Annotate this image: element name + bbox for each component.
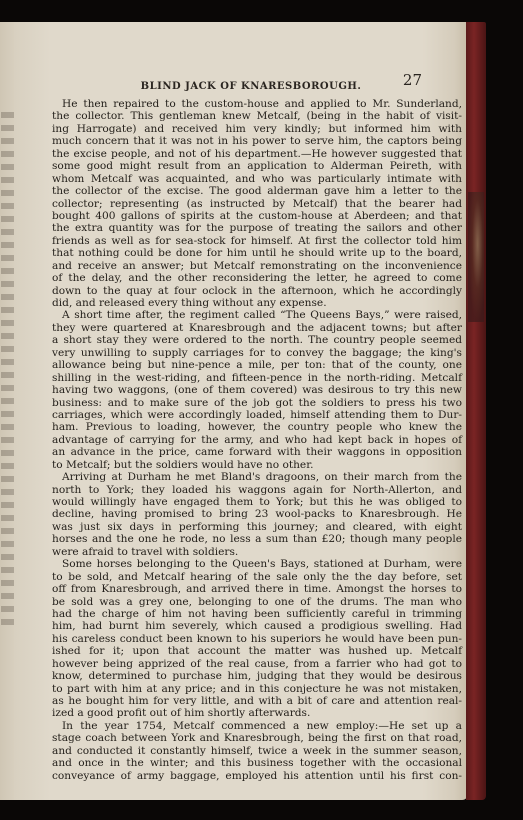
text-line: as he bought him for very little, and wi… bbox=[52, 695, 462, 707]
text-line: be sold was a grey one, belonging to one… bbox=[52, 596, 462, 608]
book-page: BLIND JACK OF KNARESBOROUGH. 27 He then … bbox=[14, 22, 468, 800]
text-line: shilling in the west-riding, and fifteen… bbox=[52, 372, 462, 384]
text-line: had the charge of him not having been su… bbox=[52, 608, 462, 620]
text-line: whom Metcalf was acquainted, and who was… bbox=[52, 173, 462, 185]
text-line: the collector of the excise. The good al… bbox=[52, 185, 462, 197]
text-line: advantage of carrying for the army, and … bbox=[52, 434, 462, 446]
text-line: horses and the one he rode, no less a su… bbox=[52, 533, 462, 545]
text-line: to be sold, and Metcalf hearing of the s… bbox=[52, 571, 462, 583]
text-line: his careless conduct been known to his s… bbox=[52, 633, 462, 645]
text-line: north to York; they loaded his waggons a… bbox=[52, 484, 462, 496]
text-line: much concern that it was not in his powe… bbox=[52, 135, 462, 147]
text-line: him, had burnt him severely, which cause… bbox=[52, 620, 462, 632]
text-line: however being apprized of the real cause… bbox=[52, 658, 462, 670]
running-head: BLIND JACK OF KNARESBOROUGH. bbox=[14, 74, 468, 93]
text-line: ized a good profit out of him shortly af… bbox=[52, 707, 462, 719]
text-line: collector; representing (as instructed b… bbox=[52, 198, 462, 210]
text-line: the excise people, and not of his depart… bbox=[52, 148, 462, 160]
page-number: 27 bbox=[403, 71, 422, 89]
text-line: to Metcalf; but the soldiers would have … bbox=[52, 459, 462, 471]
text-line: ished for it; upon that account the matt… bbox=[52, 645, 462, 657]
text-line: did, and released every thing without an… bbox=[52, 297, 462, 309]
text-line: that nothing could be done for him until… bbox=[52, 247, 462, 259]
text-line: and once in the winter; and this busines… bbox=[52, 757, 462, 769]
text-line: having two waggons, (one of them covered… bbox=[52, 384, 462, 396]
text-line: conveyance of army baggage, employed his… bbox=[52, 770, 462, 782]
text-line: and conducted it constantly himself, twi… bbox=[52, 745, 462, 757]
text-line: and receive an answer; but Metcalf remon… bbox=[52, 260, 462, 272]
text-line: decline, having promised to bring 23 woo… bbox=[52, 508, 462, 520]
text-line: they were quartered at Knaresbrough and … bbox=[52, 322, 462, 334]
text-line: an advance in the price, came forward wi… bbox=[52, 446, 462, 458]
text-line: some good might result from an applicati… bbox=[52, 160, 462, 172]
text-line: Some horses belonging to the Queen's Bay… bbox=[52, 558, 462, 570]
text-line: ham. Previous to loading, however, the c… bbox=[52, 421, 462, 433]
text-line: to part with him at any price; and in th… bbox=[52, 683, 462, 695]
text-line: friends as well as for sea-stock for him… bbox=[52, 235, 462, 247]
text-line: the collector. This gentleman knew Metca… bbox=[52, 110, 462, 122]
text-line: was just six days in performing this jou… bbox=[52, 521, 462, 533]
text-line: know, determined to purchase him, judgin… bbox=[52, 670, 462, 682]
book-binding bbox=[466, 22, 486, 800]
text-line: very unwilling to supply carriages for t… bbox=[52, 347, 462, 359]
text-line: bought 400 gallons of spirits at the cus… bbox=[52, 210, 462, 222]
text-line: A short time after, the regiment called … bbox=[52, 309, 462, 321]
text-line: carriages, which were accordingly loaded… bbox=[52, 409, 462, 421]
text-line: business: and to make sure of the job go… bbox=[52, 397, 462, 409]
text-line: ing Harrogate) and received him very kin… bbox=[52, 123, 462, 135]
text-line: down to the quay at four oclock in the a… bbox=[52, 285, 462, 297]
text-line: allowance being but nine-pence a mile, p… bbox=[52, 359, 462, 371]
text-line: Arriving at Durham he met Bland's dragoo… bbox=[52, 471, 462, 483]
previous-page-text-ghost bbox=[1, 112, 15, 632]
text-line: were afraid to travel with soldiers. bbox=[52, 546, 462, 558]
text-line: He then repaired to the custom-house and… bbox=[52, 98, 462, 110]
body-text: He then repaired to the custom-house and… bbox=[52, 98, 462, 782]
text-line: the extra quantity was for the purpose o… bbox=[52, 222, 462, 234]
text-line: a short stay they were ordered to the no… bbox=[52, 334, 462, 346]
running-title: BLIND JACK OF KNARESBOROUGH. bbox=[141, 81, 362, 92]
text-line: stage coach between York and Knaresbroug… bbox=[52, 732, 462, 744]
text-line: of the delay, and the other reconsiderin… bbox=[52, 272, 462, 284]
text-line: off from Knaresbrough, and arrived there… bbox=[52, 583, 462, 595]
text-line: would willingly have engaged them to Yor… bbox=[52, 496, 462, 508]
marbled-edge bbox=[468, 192, 484, 322]
text-line: In the year 1754, Metcalf commenced a ne… bbox=[52, 720, 462, 732]
